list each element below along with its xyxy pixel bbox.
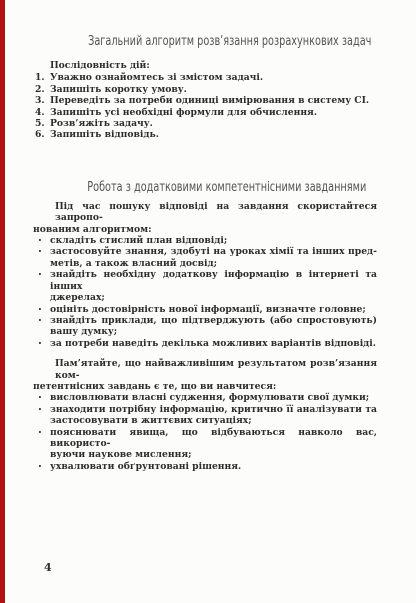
- step-number: 5.: [33, 118, 50, 129]
- bullet-line: застосовуйте знання, здобуті на уроках х…: [50, 246, 377, 257]
- paragraph-line: Пам’ятайте, що найважливішим результатом…: [33, 358, 377, 381]
- bullet-text: складіть стислий план відповіді;: [50, 235, 377, 246]
- step-number: 3.: [33, 95, 50, 106]
- outcomes-list: · висловлювати власні судження, формулюв…: [33, 392, 377, 472]
- bullet-line: знайдіть необхідну додаткову інформацію …: [50, 269, 377, 292]
- bullet-line: метів, а також власний досвід;: [50, 258, 377, 269]
- bullet-dot-icon: ·: [33, 246, 50, 269]
- bullet-line: знайдіть приклади, що підтверджують (або…: [50, 315, 377, 326]
- bullet-dot-icon: ·: [33, 427, 50, 461]
- step-text: Розв’яжіть задачу.: [50, 118, 377, 129]
- step-text: Запишіть коротку умову.: [50, 84, 377, 95]
- bullet-item: · складіть стислий план відповіді;: [33, 235, 377, 246]
- step-number: 2.: [33, 84, 50, 95]
- step-item: 3. Переведіть за потреби одиниці вимірюв…: [33, 95, 377, 106]
- section-title-algorithm-text: Загальний алгоритм розв’язання розрахунк…: [88, 34, 371, 49]
- step-text: Уважно ознайомтесь зі змістом задачі.: [50, 72, 377, 83]
- step-item: 2. Запишіть коротку умову.: [33, 84, 377, 95]
- subtitle-sequence: Послідовність дій:: [33, 60, 377, 71]
- bullet-line: оцініть достовірність нової інформації, …: [50, 304, 377, 315]
- bullet-item: · знайдіть приклади, що підтверджують (а…: [33, 315, 377, 338]
- page-edge-stripe: [0, 0, 5, 603]
- tips-list: · складіть стислий план відповіді; · зас…: [33, 235, 377, 349]
- paragraph-line: нованим алгоритмом:: [33, 224, 377, 235]
- bullet-line: складіть стислий план відповіді;: [50, 235, 377, 246]
- bullet-text: знайдіть необхідну додаткову інформацію …: [50, 269, 377, 303]
- section-title-competence: Робота з додатковими компетентнісними за…: [33, 180, 377, 195]
- bullet-dot-icon: ·: [33, 338, 50, 349]
- paragraph-line: петентнісних завдань є те, що ви навчите…: [33, 381, 377, 392]
- bullet-line: ухвалювати обґрунтовані рішення.: [50, 461, 377, 472]
- bullet-line: вуючи наукове мислення;: [50, 449, 377, 460]
- bullet-dot-icon: ·: [33, 404, 50, 427]
- bullet-line: пояснювати явища, що відбуваються навкол…: [50, 427, 377, 450]
- bullet-line: за потреби наведіть декілька можливих ва…: [50, 338, 377, 349]
- bullet-text: ухвалювати обґрунтовані рішення.: [50, 461, 377, 472]
- bullet-item: · за потреби наведіть декілька можливих …: [33, 338, 377, 349]
- bullet-dot-icon: ·: [33, 269, 50, 303]
- bullet-text: висловлювати власні судження, формулюват…: [50, 392, 377, 403]
- step-number: 1.: [33, 72, 50, 83]
- bullet-text: знайдіть приклади, що підтверджують (або…: [50, 315, 377, 338]
- step-item: 5. Розв’яжіть задачу.: [33, 118, 377, 129]
- step-item: 1. Уважно ознайомтесь зі змістом задачі.: [33, 72, 377, 83]
- reminder-paragraph: Пам’ятайте, що найважливішим результатом…: [33, 358, 377, 392]
- step-item: 4. Запишіть усі необхідні формули для об…: [33, 107, 377, 118]
- bullet-dot-icon: ·: [33, 461, 50, 472]
- page-number: 4: [44, 561, 52, 575]
- bullet-line: висловлювати власні судження, формулюват…: [50, 392, 377, 403]
- paragraph-line: Під час пошуку відповіді на завдання ско…: [33, 201, 377, 224]
- bullet-line: знаходити потрібну інформацію, критично …: [50, 404, 377, 415]
- bullet-line: джерелах;: [50, 292, 377, 303]
- bullet-text: за потреби наведіть декілька можливих ва…: [50, 338, 377, 349]
- bullet-item: · ухвалювати обґрунтовані рішення.: [33, 461, 377, 472]
- bullet-item: · оцініть достовірність нової інформації…: [33, 304, 377, 315]
- bullet-text: знаходити потрібну інформацію, критично …: [50, 404, 377, 427]
- bullet-item: · висловлювати власні судження, формулюв…: [33, 392, 377, 403]
- step-number: 6.: [33, 129, 50, 140]
- bullet-line: застосовувати в життєвих ситуаціях;: [50, 415, 377, 426]
- bullet-line: вашу думку;: [50, 326, 377, 337]
- bullet-item: · знайдіть необхідну додаткову інформаці…: [33, 269, 377, 303]
- numbered-step-list: 1. Уважно ознайомтесь зі змістом задачі.…: [33, 72, 377, 140]
- step-text: Запишіть відповідь.: [50, 129, 377, 140]
- page-content: Загальний алгоритм розв’язання розрахунк…: [33, 0, 377, 472]
- bullet-dot-icon: ·: [33, 315, 50, 338]
- intro-paragraph: Під час пошуку відповіді на завдання ско…: [33, 201, 377, 235]
- step-text: Переведіть за потреби одиниці вимірюванн…: [50, 95, 377, 106]
- section-title-competence-text: Робота з додатковими компетентнісними за…: [87, 180, 366, 195]
- bullet-item: · знаходити потрібну інформацію, критичн…: [33, 404, 377, 427]
- step-item: 6. Запишіть відповідь.: [33, 129, 377, 140]
- bullet-text: застосовуйте знання, здобуті на уроках х…: [50, 246, 377, 269]
- book-page: Загальний алгоритм розв’язання розрахунк…: [0, 0, 416, 603]
- bullet-item: · застосовуйте знання, здобуті на уроках…: [33, 246, 377, 269]
- step-number: 4.: [33, 107, 50, 118]
- section-title-algorithm: Загальний алгоритм розв’язання розрахунк…: [33, 34, 377, 49]
- bullet-text: оцініть достовірність нової інформації, …: [50, 304, 377, 315]
- bullet-text: пояснювати явища, що відбуваються навкол…: [50, 427, 377, 461]
- step-text: Запишіть усі необхідні формули для обчис…: [50, 107, 377, 118]
- bullet-item: · пояснювати явища, що відбуваються навк…: [33, 427, 377, 461]
